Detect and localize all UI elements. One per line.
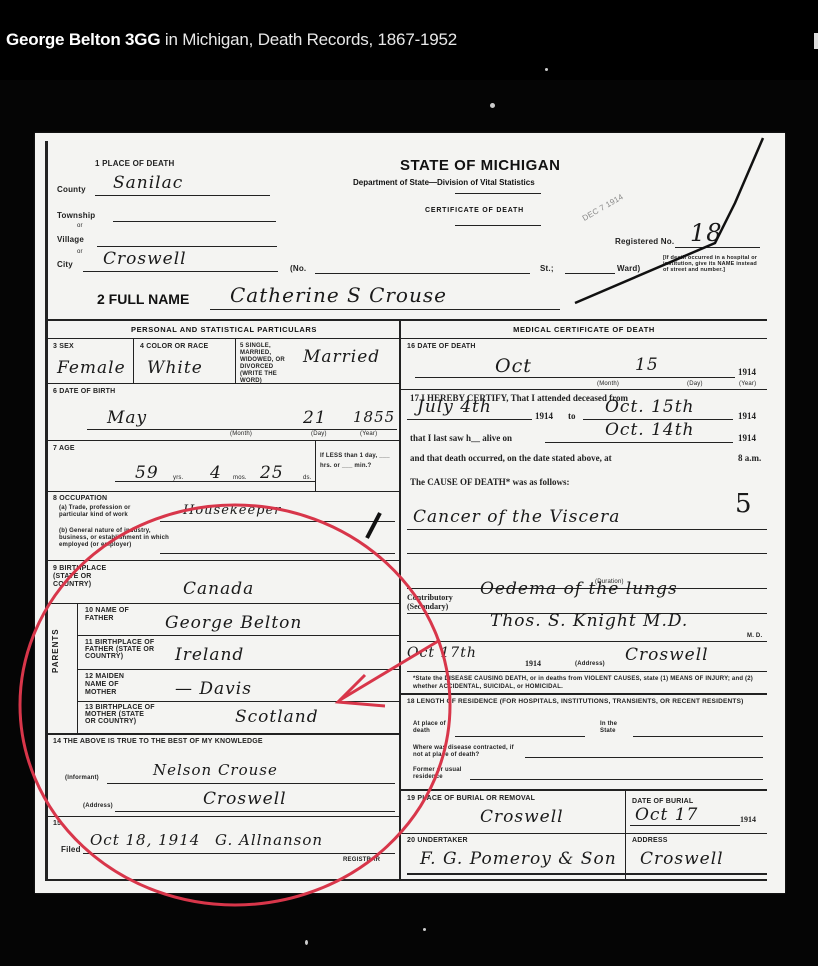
full-name-label: 2 FULL NAME [97,291,189,307]
filed-field-number: 15 [53,820,61,827]
divider [47,560,399,561]
contracted-label: Where was disease contracted, if not at … [413,745,523,759]
rule [83,271,278,272]
informant-address-label: (Address) [83,803,113,809]
divider [315,441,316,491]
divider [47,440,399,441]
rule [630,825,740,826]
burial-date-value: Oct 17 [635,805,698,825]
age-months: 4 [210,463,222,483]
occupation-value: Housekeeper [183,503,281,518]
street-label: St.; [540,264,554,273]
birthplace-value: Canada [183,579,254,599]
year-text: 1914 [738,433,756,443]
signed-year: 1914 [525,659,541,668]
dust-speck [545,68,548,71]
divider [401,693,767,695]
last-saw-label: that I last saw h__ alive on [410,433,512,443]
attended-from-value: July 4th [417,397,492,417]
divider [133,339,134,383]
race-value: White [147,358,203,378]
year-caption: (Year) [360,431,377,437]
dod-day: 15 [635,355,659,375]
county-value: Sanilac [113,173,183,193]
divider [401,833,767,834]
person-name-bold: George Belton 3GG [6,30,160,49]
rule [455,225,541,226]
dob-month: May [107,408,147,428]
age-years: 59 [135,463,159,483]
rule [455,736,585,737]
contributory-value: Oedema of the lungs [480,579,678,599]
city-label: City [57,260,73,269]
registered-no-label: Registered No. [615,237,674,246]
top-bar: George Belton 3GG in Michigan, Death Rec… [0,0,818,80]
registrar-label: REGISTRAR [343,857,380,863]
medical-section-heading: MEDICAL CERTIFICATE OF DEATH [401,325,767,334]
rule [565,273,615,274]
rule [470,779,763,780]
dob-year: 1855 [353,408,395,426]
marital-label: 5 SINGLE, MARRIED, WIDOWED, OR DIVORCED … [240,343,295,385]
rule [545,442,733,443]
divider [625,791,626,879]
attended-to-value: Oct. 15th [605,397,695,417]
rule [87,429,397,430]
rule [113,221,276,222]
mos-caption: mos. [233,475,247,481]
filed-date-value: Oct 18, 1914 [90,831,200,849]
month-caption: (Month) [597,381,619,387]
physician-address-value: Croswell [625,645,709,665]
village-label: Village [57,235,84,244]
center-divider [399,321,401,879]
dob-label: 6 DATE OF BIRTH [53,388,115,395]
edge-handle[interactable] [814,33,818,49]
ward-label: Ward) [617,264,640,273]
rule [160,553,395,554]
undertaker-label: 20 UNDERTAKER [407,837,468,844]
record-title: George Belton 3GG in Michigan, Death Rec… [6,30,457,50]
occupation-b-label: (b) General nature of industry, business… [59,528,179,549]
dust-speck [490,103,495,108]
physician-signature: Thos. S. Knight M.D. [490,611,688,631]
rule [407,553,767,554]
rule [210,309,560,310]
rule [407,641,767,642]
divider [77,635,399,636]
physician-address-label: (Address) [575,661,605,667]
sex-label: 3 SEX [53,343,74,350]
rule [160,521,395,522]
rule [455,193,541,194]
race-label: 4 COLOR OR RACE [140,343,208,350]
mother-birthplace-label: 13 BIRTHPLACE OF MOTHER (State or countr… [85,704,155,725]
frame-left [45,141,48,881]
rule [407,529,767,530]
state-heading: STATE OF MICHIGAN [400,157,560,174]
dust-speck [423,928,426,931]
sex-value: Female [57,358,126,378]
father-name-value: George Belton [165,613,302,633]
age-label: 7 AGE [53,445,75,452]
divider [47,733,399,735]
divider [77,669,399,670]
rule [315,273,530,274]
to-text: to [568,411,576,421]
father-name-label: 10 NAME OF FATHER [85,607,140,623]
marital-value: Married [303,347,380,367]
or-label: or [77,249,83,255]
rule [95,195,270,196]
dob-day: 21 [303,408,327,428]
undertaker-value: F. G. Pomeroy & Son [420,849,617,869]
year-caption: (Year) [739,381,756,387]
dod-year: 1914 [738,367,756,377]
collection-name: in Michigan, Death Records, 1867-1952 [160,30,457,49]
burial-place-label: 19 PLACE OF BURIAL OR REMOVAL [407,795,535,802]
dod-label: 16 DATE OF DEATH [407,343,476,350]
city-value: Croswell [103,249,187,269]
divider [47,319,767,321]
place-of-death-label: 1 PLACE OF DEATH [95,159,175,168]
in-state-label: In the State [600,721,630,735]
rule [83,853,395,854]
undertaker-address-value: Croswell [640,849,724,869]
death-certificate: 1 PLACE OF DEATH STATE OF MICHIGAN Depar… [35,133,785,893]
rule [633,736,763,737]
divider [47,879,767,881]
parents-divider [77,603,78,733]
at-place-label: At place of death [413,721,453,735]
rule [407,671,767,672]
received-stamp: DEC 7 1914 [581,192,625,223]
cause-value: Cancer of the Viscera [413,507,620,527]
month-caption: (Month) [230,431,252,437]
dod-month: Oct [495,355,532,377]
time-of-death: 8 a.m. [738,453,761,463]
occurred-statement: and that death occurred, on the date sta… [410,453,612,463]
street-no-label: (No. [290,264,306,273]
rule [115,811,395,812]
mother-maiden-value: — Davis [175,679,252,699]
township-label: Township [57,211,95,220]
divider [77,701,399,702]
registered-no-value: 18 [690,219,723,247]
birthplace-label: 9 BIRTHPLACE (State or country) [53,565,123,589]
rule [407,873,767,875]
divider [47,491,399,492]
hospital-note: [If death occurred in a hospital or inst… [663,255,758,273]
undertaker-address-label: ADDRESS [632,837,668,844]
day-caption: (Day) [311,431,327,437]
divider [401,789,767,791]
residence-label: 18 LENGTH OF RESIDENCE (FOR HOSPITALS, I… [407,698,757,706]
parents-label: PARENTS [51,628,60,673]
rule [107,783,395,784]
informant-label: (Informant) [65,775,99,781]
contributory-label: Contributory (Secondary) [407,593,467,611]
divider [47,338,767,339]
mother-maiden-label: 12 MAIDEN NAME OF MOTHER [85,673,145,697]
rule [97,246,277,247]
occupation-a-label: (a) Trade, profession or particular kind… [59,505,154,519]
ds-caption: ds. [303,475,312,481]
md-caption: M. D. [747,633,762,639]
or-label: or [77,223,83,229]
burial-date-label: DATE OF BURIAL [632,798,693,805]
day-caption: (Day) [687,381,703,387]
divider [401,389,767,390]
occupation-label: 8 OCCUPATION [53,495,107,502]
department-heading: Department of State—Division of Vital St… [353,178,535,187]
certificate-type: CERTIFICATE OF DEATH [425,207,524,214]
county-label: County [57,185,86,194]
cause-footnote: *State the DISEASE CAUSING DEATH, or in … [413,675,763,691]
personal-section-heading: PERSONAL AND STATISTICAL PARTICULARS [49,325,399,334]
rule [415,377,735,378]
divider [47,816,399,817]
former-residence-label: Former or usual residence [413,767,463,781]
rule [525,757,763,758]
divider [235,339,236,383]
year-text: 1914 [535,411,553,421]
registrar-signature: G. Allnanson [215,831,323,849]
margin-mark: 5 [735,489,753,519]
full-name-value: Catherine S Crouse [230,283,447,307]
mother-birthplace-value: Scotland [235,707,319,727]
year-text: 1914 [738,411,756,421]
divider [47,603,399,604]
rule [407,419,532,420]
age-days: 25 [260,463,284,483]
informant-address-value: Croswell [203,789,287,809]
rule [675,247,760,248]
dust-speck [305,940,308,945]
father-birthplace-label: 11 BIRTHPLACE OF FATHER (State or countr… [85,639,155,660]
less-than-day-label: If LESS than 1 day, ___ hrs. or ___ min.… [320,451,395,471]
cause-label: The CAUSE OF DEATH* was as follows: [410,477,570,487]
true-statement-label: 14 THE ABOVE IS TRUE TO THE BEST OF MY K… [53,738,263,745]
burial-place-value: Croswell [480,807,564,827]
yrs-caption: yrs. [173,475,183,481]
informant-value: Nelson Crouse [153,761,278,779]
last-saw-value: Oct. 14th [605,420,695,440]
burial-year: 1914 [740,815,756,824]
father-birthplace-value: Ireland [175,645,244,665]
signed-date: Oct 17th [407,645,477,661]
divider [47,383,399,384]
filed-label: Filed [61,845,81,854]
